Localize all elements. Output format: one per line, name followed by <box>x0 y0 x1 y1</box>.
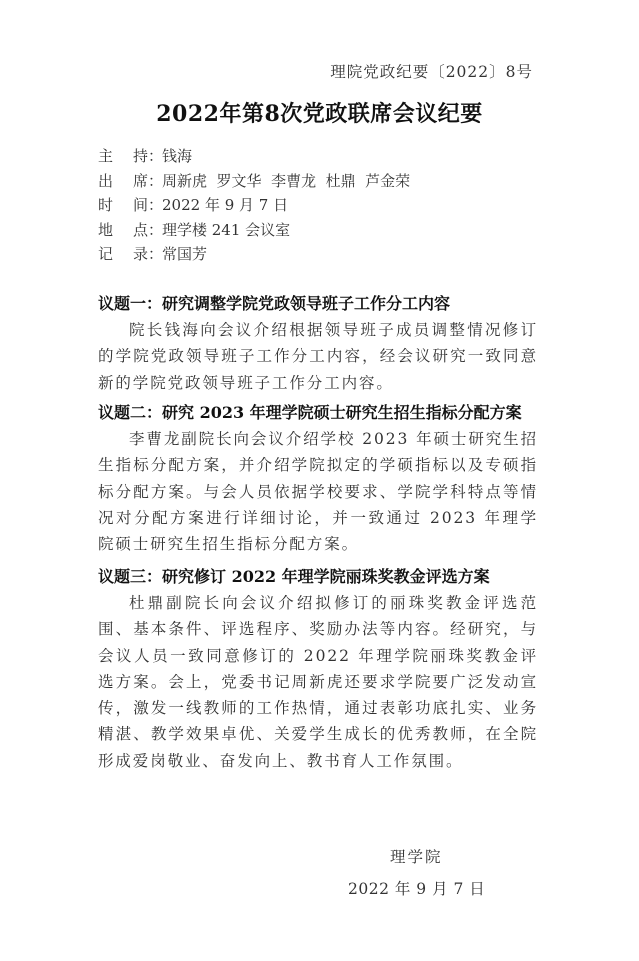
meta-value-host: 钱海 <box>162 144 192 169</box>
meta-row-recorder: 记录：常国芳 <box>98 242 410 267</box>
meta-label: 记录 <box>98 242 148 267</box>
signature-date: 2022 年 9 月 7 日 <box>348 877 485 899</box>
topic-title: 议题二：研究 2023 年理学院硕士研究生招生指标分配方案 <box>98 400 538 426</box>
meta-row-time: 时间：2022 年 9 月 7 日 <box>98 193 410 218</box>
topic-section-1: 议题一：研究调整学院党政领导班子工作分工内容 院长钱海向会议介绍根据领导班子成员… <box>98 291 538 396</box>
meta-row-location: 地点：理学楼 241 会议室 <box>98 218 410 243</box>
meta-label: 出席 <box>98 169 148 194</box>
meta-value-recorder: 常国芳 <box>162 242 207 267</box>
meta-value-location: 理学楼 241 会议室 <box>162 218 290 243</box>
topic-title: 议题三：研究修订 2022 年理学院丽珠奖教金评选方案 <box>98 564 538 590</box>
topic-title: 议题一：研究调整学院党政领导班子工作分工内容 <box>98 291 538 317</box>
topic-section-2: 议题二：研究 2023 年理学院硕士研究生招生指标分配方案 李曹龙副院长向会议介… <box>98 400 538 557</box>
meta-label: 时间 <box>98 193 148 218</box>
topic-body: 李曹龙副院长向会议介绍学校 2023 年硕士研究生招生指标分配方案，并介绍学院拟… <box>98 426 538 557</box>
topic-body: 院长钱海向会议介绍根据领导班子成员调整情况修订的学院党政领导班子工作分工内容，经… <box>98 317 538 396</box>
topic-section-3: 议题三：研究修订 2022 年理学院丽珠奖教金评选方案 杜鼎副院长向会议介绍拟修… <box>98 564 538 774</box>
meta-row-attendees: 出席：周新虎 罗文华 李曹龙 杜鼎 芦金荣 <box>98 169 410 194</box>
meta-row-host: 主持：钱海 <box>98 144 410 169</box>
meta-label: 地点 <box>98 218 148 243</box>
meta-value-attendees: 周新虎 罗文华 李曹龙 杜鼎 芦金荣 <box>162 169 410 194</box>
document-title: 2022年第8次党政联席会议纪要 <box>0 97 639 128</box>
signature-organization: 理学院 <box>390 845 443 867</box>
topic-body: 杜鼎副院长向会议介绍拟修订的丽珠奖教金评选范围、基本条件、评选程序、奖励办法等内… <box>98 590 538 774</box>
meta-value-time: 2022 年 9 月 7 日 <box>162 193 288 218</box>
meta-label: 主持 <box>98 144 148 169</box>
document-number: 理院党政纪要〔2022〕8号 <box>330 60 533 82</box>
meeting-info: 主持：钱海 出席：周新虎 罗文华 李曹龙 杜鼎 芦金荣 时间：2022 年 9 … <box>98 144 410 267</box>
